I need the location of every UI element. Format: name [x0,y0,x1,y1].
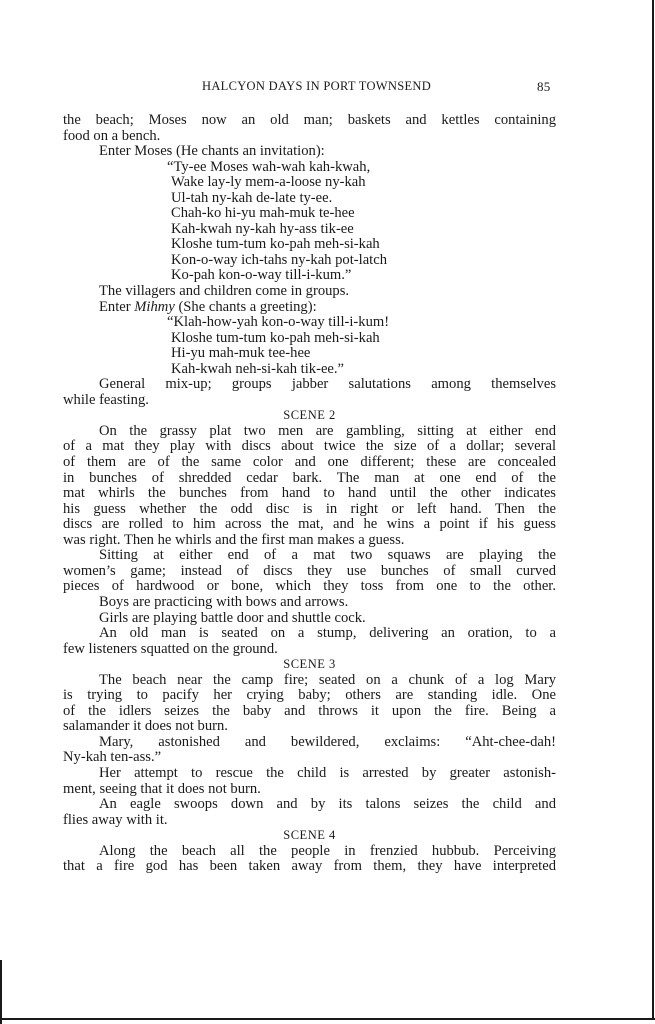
text-line: salamander it does not burn. [63,719,556,735]
text-span: (She chants a greeting): [175,299,317,315]
text-line: while feasting. [63,393,556,409]
verse-line: Ul-tah ny-kah de-late ty-ee. [63,191,556,207]
text-line: few listeners squatted on the ground. [63,642,556,658]
text-line: of the idlers seizes the baby and throws… [63,704,556,720]
text-line: food on a bench. [63,129,556,145]
text-span: Enter [99,299,134,315]
text-line: women’s game; instead of discs they use … [63,564,556,580]
text-line: his guess whether the odd disc is in rig… [63,502,556,518]
text-line: of a mat they play with discs about twic… [63,439,556,455]
text-line: ment, seeing that it does not burn. [63,782,556,798]
text-line: is trying to pacify her crying baby; oth… [63,688,556,704]
verse-line: Wake lay-ly mem-a-loose ny-kah [63,175,556,191]
verse-line: “Ty-ee Moses wah-wah kah-kwah, [63,160,556,176]
verse-line: Kah-kwah ny-kah hy-ass tik-ee [63,222,556,238]
verse-line: Kah-kwah neh-si-kah tik-ee.” [63,362,556,378]
running-header: HALCYON DAYS IN PORT TOWNSEND 85 [0,79,655,97]
scene-heading: SCENE 3 [63,657,556,673]
page-edge-right [652,0,654,1020]
text-line: mat whirls the bunches from hand to hand… [63,486,556,502]
text-line: was right. Then he whirls and the first … [63,533,556,549]
paragraph-first-line: On the grassy plat two men are gambling,… [63,424,556,440]
scene-heading: SCENE 2 [63,408,556,424]
text-line: Ny-kah ten-ass.” [63,750,556,766]
paragraph-first-line: An eagle swoops down and by its talons s… [63,797,556,813]
paragraph-first-line: General mix-up; groups jabber salutation… [63,377,556,393]
text-line: that a fire god has been taken away from… [63,859,556,875]
stage-direction-line: The villagers and children come in group… [63,284,556,300]
verse-line: Kloshe tum-tum ko-pah meh-si-kah [63,331,556,347]
text-line: pieces of hardwood or bone, which they t… [63,579,556,595]
scene-heading: SCENE 4 [63,828,556,844]
running-title: HALCYON DAYS IN PORT TOWNSEND [202,79,431,94]
stage-direction-line: Girls are playing battle door and shuttl… [63,611,556,627]
page-edge-left [0,960,2,1024]
text-line: discs are rolled to him across the mat, … [63,517,556,533]
character-name: Mihmy [134,299,175,315]
verse-line: Kon-o-way ich-tahs ny-kah pot-latch [63,253,556,269]
stage-direction-line: Enter Moses (He chants an invitation): [63,144,556,160]
stage-direction-line: Boys are practicing with bows and arrows… [63,595,556,611]
paragraph-first-line: Along the beach all the people in frenzi… [63,844,556,860]
page-number: 85 [537,79,551,95]
stage-direction-line: Enter Mihmy (She chants a greeting): [63,300,556,316]
verse-line: Kloshe tum-tum ko-pah meh-si-kah [63,237,556,253]
verse-line: Chah-ko hi-yu mah-muk te-hee [63,206,556,222]
text-line: flies away with it. [63,813,556,829]
page-body: the beach; Moses now an old man; baskets… [63,113,556,875]
verse-line: Hi-yu mah-muk tee-hee [63,346,556,362]
text-line: in bunches of shredded cedar bark. The m… [63,471,556,487]
paragraph-first-line: Her attempt to rescue the child is arres… [63,766,556,782]
paragraph-first-line: Mary, astonished and bewildered, exclaim… [63,735,556,751]
verse-line: Ko-pah kon-o-way till-i-kum.” [63,268,556,284]
text-line: the beach; Moses now an old man; baskets… [63,113,556,129]
paragraph-first-line: An old man is seated on a stump, deliver… [63,626,556,642]
paragraph-first-line: Sitting at either end of a mat two squaw… [63,548,556,564]
verse-line: “Klah-how-yah kon-o-way till-i-kum! [63,315,556,331]
page-edge-bottom [0,1018,655,1020]
text-line: of them are of the same color and one di… [63,455,556,471]
paragraph-first-line: The beach near the camp fire; seated on … [63,673,556,689]
